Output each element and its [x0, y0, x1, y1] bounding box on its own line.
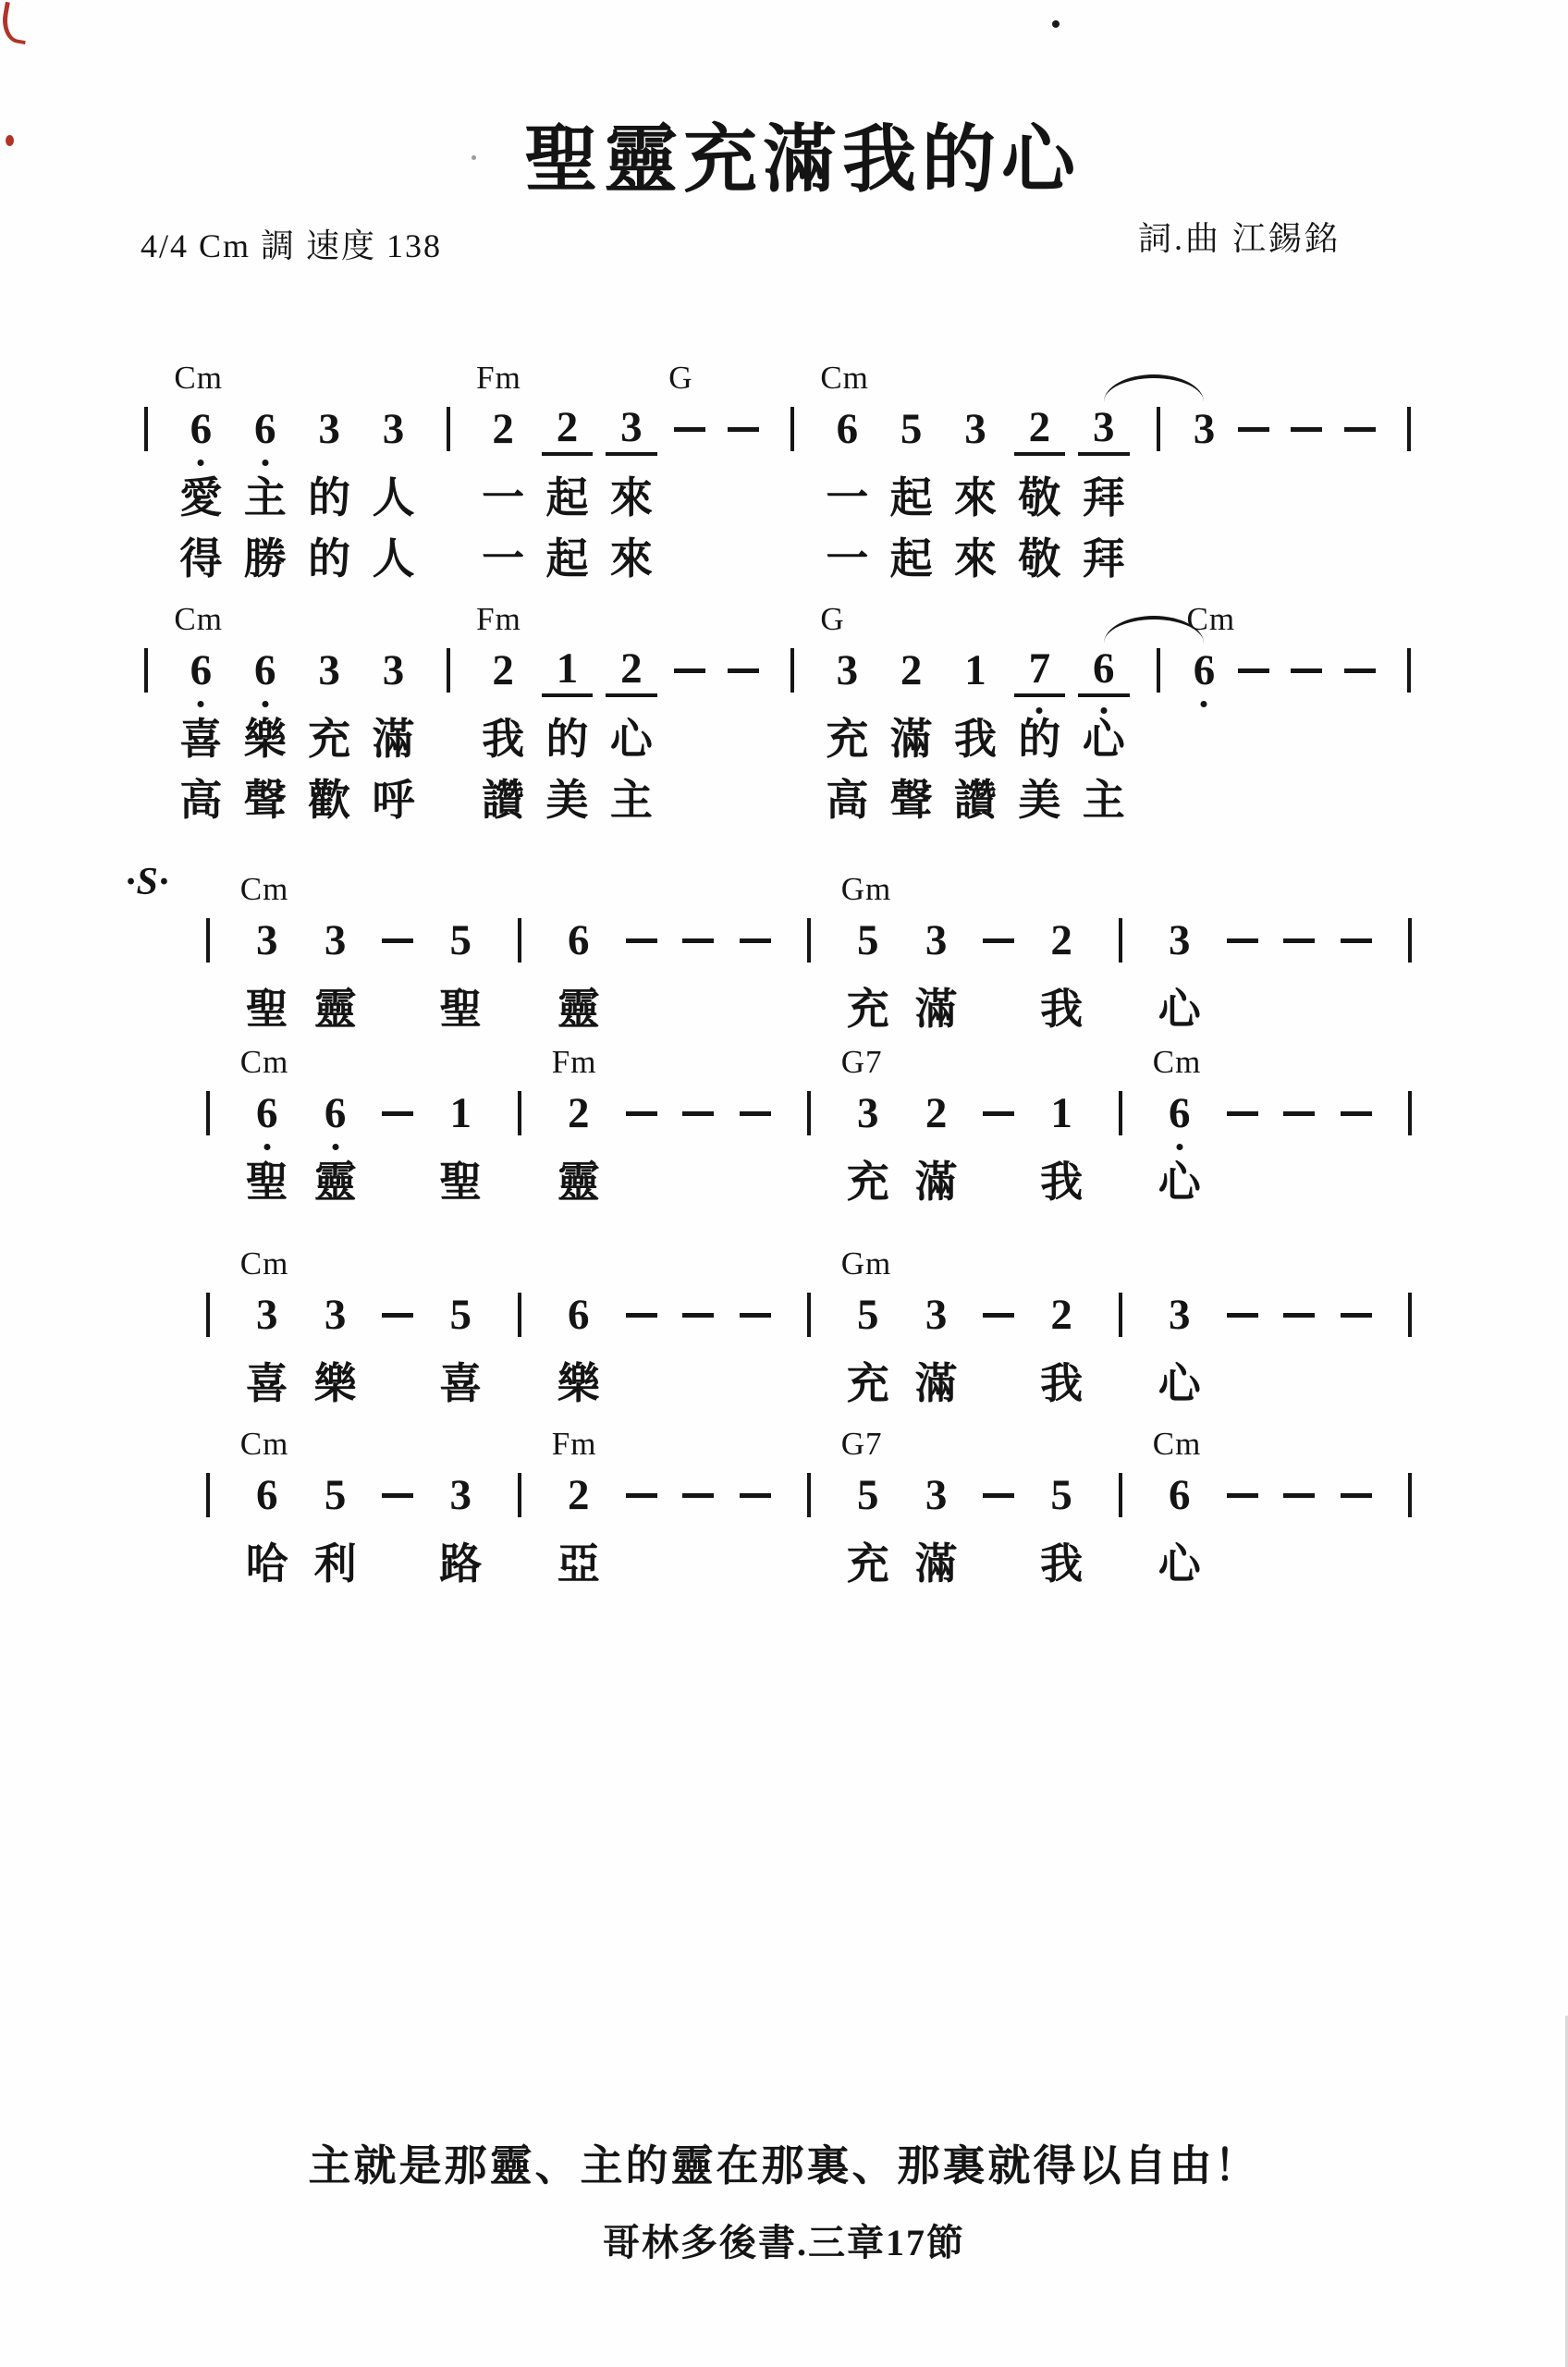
lyric-verse2 [1249, 533, 1258, 585]
lyric [203, 984, 213, 1036]
lyric [1238, 984, 1247, 1036]
note-col-6: Cm6聖 [246, 1088, 288, 1208]
lyric [1294, 1539, 1304, 1590]
lyric: 拜 [1083, 472, 1125, 524]
note-col-3: 3來來 [610, 404, 653, 585]
barline-col [1109, 1088, 1133, 1208]
lyric [1302, 714, 1311, 766]
note-digit: 6 [1169, 1088, 1191, 1138]
note-col-3: 3路 [439, 1470, 482, 1590]
dash-col: G [674, 404, 705, 585]
dash-col [740, 915, 771, 1036]
lyric: 心 [610, 714, 653, 766]
dash-col [626, 915, 657, 1036]
dash-continuation [682, 1111, 714, 1116]
dash-continuation [740, 938, 771, 943]
note-col-6: Cm6哈 [246, 1470, 288, 1590]
chord-label: G7 [841, 1426, 883, 1463]
lyric: 靈 [314, 1157, 357, 1208]
lyric-verse2: 高 [179, 775, 222, 827]
note-digit: 6 [256, 1470, 278, 1520]
barline [1119, 918, 1122, 963]
note-col-6: Cm6一一 [826, 404, 868, 585]
lyric: 滿 [915, 1157, 958, 1208]
note-digit: 3 [318, 404, 340, 454]
dash-continuation [1344, 427, 1376, 432]
lyric [685, 714, 694, 766]
lyric: 喜 [439, 1358, 482, 1410]
dash-col [1283, 915, 1315, 1036]
dash-col [983, 1290, 1014, 1410]
note-col-6: 6樂聲 [244, 645, 287, 827]
lyric-verse2: 起 [890, 533, 933, 585]
note-col-1: 1我 [1040, 1088, 1083, 1208]
note-digit: 2 [1050, 1290, 1072, 1340]
lyric [693, 1539, 703, 1590]
lyric [1116, 1539, 1125, 1590]
lyric-verse2: 來 [610, 533, 653, 585]
note-digit: 3 [837, 645, 859, 695]
lyric [444, 714, 453, 766]
dash-continuation [382, 1493, 413, 1498]
lyric [141, 472, 151, 524]
note-digit: 3 [256, 1290, 278, 1340]
dash-continuation [983, 1493, 1014, 1498]
note-col-5: 5我 [1040, 1470, 1083, 1590]
dash-col [1341, 1290, 1372, 1410]
lyric [1405, 984, 1415, 1036]
note-col-3: 3滿呼 [372, 645, 414, 827]
dash-col [382, 1290, 413, 1410]
lyric-verse2: 讚 [482, 775, 524, 827]
barline-col [134, 404, 158, 585]
note-digit: 3 [449, 1470, 472, 1520]
dash-continuation [682, 1493, 714, 1498]
lyric: 我 [1040, 1358, 1083, 1410]
lyric: 樂 [314, 1358, 357, 1410]
dash-col [682, 915, 714, 1036]
note-col-3: 3靈 [314, 915, 357, 1036]
barline-col [1398, 915, 1422, 1036]
note-digit: 3 [256, 915, 278, 965]
note-col-5: Gm5充 [847, 915, 889, 1036]
lyric [739, 472, 748, 524]
note-col-5: G75充 [847, 1470, 889, 1590]
lyric-verse2 [1302, 533, 1311, 585]
lyric-verse2: 聲 [244, 775, 287, 827]
lyric-verse2: 主 [1083, 775, 1125, 827]
lyric-verse2: 歡 [308, 775, 350, 827]
lyric: 滿 [915, 1358, 958, 1410]
lyric [1116, 1157, 1125, 1208]
dash-col [1341, 1470, 1372, 1590]
note-digit: 6 [254, 645, 276, 695]
note-col-5: 5利 [314, 1470, 357, 1590]
note-col-1: 1聖 [439, 1088, 482, 1208]
note-col-5: Gm5充 [847, 1290, 889, 1410]
dash-col [626, 1088, 657, 1208]
lyric [804, 984, 814, 1036]
dash-col [626, 1290, 657, 1410]
lyric [1405, 1358, 1415, 1410]
note-col-6: Cm6喜高 [179, 645, 222, 827]
lyric: 我 [954, 714, 997, 766]
note-digit: 6 [256, 1088, 278, 1138]
lyric-verse2: 美 [1018, 775, 1060, 827]
barline [206, 918, 210, 963]
lyric [637, 1358, 646, 1410]
lyric: 心 [1083, 714, 1125, 766]
barline [518, 1091, 521, 1135]
lyric [1154, 714, 1163, 766]
dash-col [682, 1290, 714, 1410]
lyric [1355, 472, 1365, 524]
sheet-music-page: 聖靈充滿我的心 4/4 Cm 調 速度 138 詞.曲 江錫銘 Cm6愛得6主勝… [0, 0, 1568, 2367]
lyric [515, 1358, 524, 1410]
dash-col [1291, 404, 1322, 585]
dash-continuation [740, 1493, 771, 1498]
dash-continuation [1283, 938, 1315, 943]
chord-label: Cm [240, 871, 289, 908]
note-digit: 3 [383, 404, 405, 454]
note-col-3: 3拜拜 [1083, 404, 1125, 585]
barline [206, 1473, 210, 1517]
lyric [788, 714, 797, 766]
note-digit: 5 [325, 1470, 347, 1520]
lyric-verse2 [444, 775, 453, 827]
dash-continuation [728, 427, 759, 432]
lyric: 心 [1158, 1358, 1201, 1410]
note-digit: 1 [542, 644, 594, 697]
dash-col [674, 645, 705, 827]
barline-col [1397, 645, 1421, 827]
dash-col [740, 1290, 771, 1410]
barline-col [196, 1088, 220, 1208]
note-col-5: 5喜 [439, 1290, 482, 1410]
barline-col [436, 404, 460, 585]
lyric [393, 984, 402, 1036]
note-col-6: 6靈 [557, 915, 600, 1036]
barline [447, 407, 450, 451]
note-col-6: Cm6心 [1158, 1088, 1201, 1208]
lyric: 我 [482, 714, 524, 766]
barline-col [797, 915, 821, 1036]
lyric-verse2 [1355, 533, 1365, 585]
lyric [994, 1539, 1003, 1590]
barline [1119, 1091, 1122, 1135]
dash-col [1227, 1290, 1258, 1410]
note-digit: 5 [1050, 1470, 1072, 1520]
lyric [1154, 472, 1163, 524]
barline [1157, 407, 1160, 451]
lyric: 心 [1158, 1157, 1201, 1208]
lyric-verse2: 敬 [1018, 533, 1060, 585]
lyric [751, 1358, 760, 1410]
lyric [1352, 984, 1361, 1036]
note-col-3: 3充歡 [308, 645, 350, 827]
dash-col [626, 1470, 657, 1590]
dash-continuation [682, 1313, 714, 1318]
lyric: 充 [847, 1358, 889, 1410]
dash-continuation [626, 1111, 657, 1116]
note-col-2: Fm2我讚 [482, 645, 524, 827]
barline [144, 648, 148, 693]
lyric: 滿 [890, 714, 933, 766]
dash-continuation [1238, 427, 1269, 432]
barline-col [508, 1290, 532, 1410]
chord-label: Cm [820, 360, 869, 397]
lyric [393, 1539, 402, 1590]
dash-continuation [1283, 1493, 1315, 1498]
barline-col [1398, 1290, 1422, 1410]
lyric [693, 1157, 703, 1208]
barline [1119, 1293, 1122, 1337]
lyric-verse2 [1404, 775, 1414, 827]
lyric: 聖 [439, 1157, 482, 1208]
chord-label: Gm [841, 871, 892, 908]
dash-continuation [626, 938, 657, 943]
lyric: 滿 [372, 714, 414, 766]
lyric-verse2 [1199, 775, 1208, 827]
lyric [1404, 472, 1414, 524]
lyric [393, 1358, 402, 1410]
barline-col [134, 645, 158, 827]
dash-col [1344, 404, 1376, 585]
dash-col [740, 1088, 771, 1208]
dash-col [1238, 404, 1269, 585]
note-digit: 6 [190, 645, 213, 695]
lyric [141, 714, 151, 766]
lyric-verse2: 的 [308, 533, 350, 585]
lyric: 我 [1040, 984, 1083, 1036]
note-col-3: 3滿 [915, 1290, 958, 1410]
note-col-3: 3滿 [915, 915, 958, 1036]
lyric [1405, 1539, 1415, 1590]
lyric [515, 1157, 524, 1208]
dash-col [682, 1088, 714, 1208]
chord-label: G7 [841, 1044, 883, 1081]
note-digit: 1 [1050, 1088, 1072, 1138]
note-col-5: 5聖 [439, 915, 482, 1036]
barline-col [508, 1470, 532, 1590]
note-col-7: 7的美 [1018, 645, 1060, 827]
barline [206, 1091, 210, 1135]
barline-col [1398, 1470, 1422, 1590]
lyric [637, 984, 646, 1036]
barline [807, 1091, 811, 1135]
note-digit: 5 [449, 915, 472, 965]
lyric: 滿 [915, 1539, 958, 1590]
dash-col [1283, 1290, 1315, 1410]
dash-col [1227, 1088, 1258, 1208]
lyric: 愛 [179, 472, 222, 524]
chord-label: Fm [476, 601, 521, 638]
lyric-verse2 [788, 775, 797, 827]
note-col-6: Cm6 [1192, 645, 1216, 827]
note-col-3: 3滿 [915, 1470, 958, 1590]
note-digit: 2 [1050, 915, 1072, 965]
dash-continuation [382, 1111, 413, 1116]
lyric [203, 1157, 213, 1208]
lyric [1355, 714, 1365, 766]
dash-continuation [626, 1493, 657, 1498]
note-digit: 3 [964, 404, 986, 454]
note-col-3: G73充 [847, 1088, 889, 1208]
dash-col [1344, 645, 1376, 827]
barline-col [780, 404, 804, 585]
dash-continuation [1341, 938, 1372, 943]
dash-col [382, 915, 413, 1036]
barline-col [1109, 1470, 1133, 1590]
barline [807, 1473, 811, 1517]
note-col-1: 1的美 [546, 645, 589, 827]
dash-continuation [740, 1313, 771, 1318]
chord-label: Cm [1153, 1044, 1202, 1081]
note-col-3: 3 [1192, 404, 1216, 585]
system-3: ·S·Cm3聖3靈5聖6靈Gm5充3滿2我3心 [196, 915, 1422, 1036]
note-digit: 3 [318, 645, 340, 695]
dash-col [1291, 645, 1322, 827]
barline [1119, 1473, 1122, 1517]
lyric [444, 472, 453, 524]
note-col-3: 3人人 [372, 404, 414, 585]
note-digit: 1 [964, 645, 986, 695]
lyric-verse2: 拜 [1083, 533, 1125, 585]
barline [1408, 1473, 1412, 1517]
lyric: 亞 [557, 1539, 600, 1590]
dash-col [1341, 1088, 1372, 1208]
note-col-6: 6樂 [557, 1290, 600, 1410]
lyric [788, 472, 797, 524]
note-digit: 6 [837, 404, 859, 454]
dash-col [382, 1088, 413, 1208]
lyric-verse2 [739, 533, 748, 585]
lyric-verse2: 聲 [890, 775, 933, 827]
note-digit: 2 [568, 1470, 590, 1520]
lyric: 靈 [314, 984, 357, 1036]
dash-continuation [1291, 668, 1322, 673]
note-col-2: 2我 [1040, 915, 1083, 1036]
lyric [203, 1539, 213, 1590]
barline-col [1397, 404, 1421, 585]
lyric [1238, 1539, 1247, 1590]
lyric-verse2: 讚 [954, 775, 997, 827]
lyric [637, 1157, 646, 1208]
note-col-3: 3的的 [308, 404, 350, 585]
barline [1408, 1091, 1412, 1135]
barline-col [1109, 915, 1133, 1036]
dash-col [983, 1470, 1014, 1590]
barline [518, 1293, 521, 1337]
note-digit: 6 [254, 404, 276, 454]
lyric [1238, 1358, 1247, 1410]
lyric: 哈 [246, 1539, 288, 1590]
note-digit: 5 [900, 404, 923, 454]
note-col-2: Fm2一一 [482, 404, 524, 585]
system-2: Cm6喜高6樂聲3充歡3滿呼Fm2我讚1的美2心主G3充高2滿聲1我讚7的美6心… [134, 645, 1421, 827]
scan-artifact-black-dot [1052, 20, 1060, 28]
note-col-2: 2滿 [915, 1088, 958, 1208]
lyric [1352, 1539, 1361, 1590]
note-col-2: Fm2亞 [557, 1470, 600, 1590]
note-col-6: 6心主 [1083, 645, 1125, 827]
chord-label: Cm [240, 1044, 289, 1081]
note-col-3: 3心 [1158, 915, 1201, 1036]
note-digit: 6 [568, 915, 590, 965]
lyric-verse2 [444, 533, 453, 585]
dash-continuation [674, 427, 705, 432]
dash-continuation [682, 938, 714, 943]
barline [790, 407, 794, 451]
dash-continuation [674, 668, 705, 673]
dash-col [740, 1470, 771, 1590]
lyric: 人 [372, 472, 414, 524]
dash-col [1227, 1470, 1258, 1590]
barline-col [196, 1290, 220, 1410]
lyric [739, 714, 748, 766]
note-col-6: Cm6愛得 [179, 404, 222, 585]
note-col-6: 6靈 [314, 1088, 357, 1208]
lyric [751, 984, 760, 1036]
dash-col [382, 1470, 413, 1590]
note-digit: 2 [1014, 402, 1066, 456]
lyric: 一 [482, 472, 524, 524]
note-digit: 6 [1169, 1470, 1191, 1520]
dash-continuation [1238, 668, 1269, 673]
lyric-verse2 [685, 775, 694, 827]
note-digit: 2 [542, 402, 594, 456]
dash-continuation [983, 1111, 1014, 1116]
lyric [1116, 1358, 1125, 1410]
lyric [1249, 714, 1258, 766]
dash-col [682, 1470, 714, 1590]
note-digit: 2 [606, 644, 657, 697]
lyric [693, 1358, 703, 1410]
lyric-verse2: 美 [546, 775, 589, 827]
barline-col [1109, 1290, 1133, 1410]
dash-continuation [1341, 1111, 1372, 1116]
dash-continuation [983, 1313, 1014, 1318]
lyric-verse2 [788, 533, 797, 585]
note-digit: 2 [925, 1088, 948, 1138]
note-col-2: 2我 [1040, 1290, 1083, 1410]
dash-continuation [1227, 1493, 1258, 1498]
lyric: 的 [308, 472, 350, 524]
barline [1408, 1293, 1412, 1337]
lyric [515, 984, 524, 1036]
lyric [1352, 1358, 1361, 1410]
lyric: 的 [546, 714, 589, 766]
dash-col [983, 1088, 1014, 1208]
lyric-verse2 [739, 775, 748, 827]
lyric-verse2: 起 [546, 533, 589, 585]
note-digit: 2 [492, 404, 514, 454]
tie-arc [1104, 374, 1205, 402]
lyric: 心 [1158, 984, 1201, 1036]
lyric [685, 472, 694, 524]
note-col-2: 2滿聲 [890, 645, 933, 827]
segno-mark: ·S· [126, 860, 169, 904]
barline-col [508, 1088, 532, 1208]
lyric [1238, 1157, 1247, 1208]
note-col-3: Cm3喜 [246, 1290, 288, 1410]
barline-col [797, 1470, 821, 1590]
lyric [994, 1358, 1003, 1410]
dash-col [983, 915, 1014, 1036]
note-digit: 2 [568, 1088, 590, 1138]
dash-continuation [1227, 1313, 1258, 1318]
chord-label: Cm [240, 1426, 289, 1463]
